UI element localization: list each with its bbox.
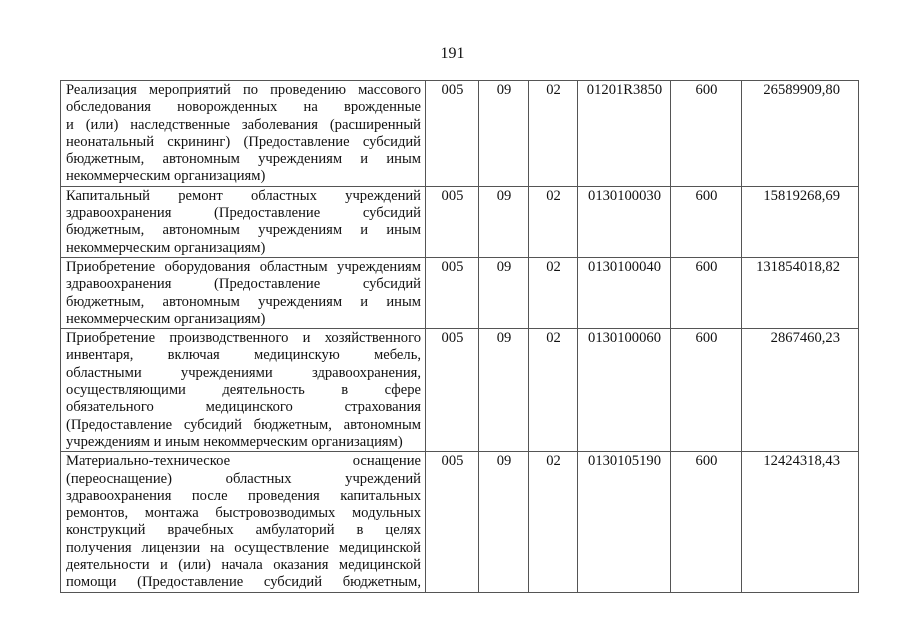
section-code: 09 — [479, 329, 529, 452]
target-article-code: 0130100030 — [578, 186, 671, 257]
description-line: обследования новорожденных на врожденные — [66, 99, 421, 116]
description-text: Материально-техническое оснащение(переос… — [66, 453, 421, 591]
amount: 15819268,69 — [742, 186, 859, 257]
section-code: 09 — [479, 452, 529, 592]
expense-type-code: 600 — [671, 257, 742, 328]
description-line: некоммерческим организациям) — [66, 168, 421, 185]
ministry-code: 005 — [426, 452, 479, 592]
description-line: Материально-техническое оснащение — [66, 453, 421, 470]
ministry-code: 005 — [426, 186, 479, 257]
target-article-code: 0130100040 — [578, 257, 671, 328]
target-article-code: 01201R3850 — [578, 81, 671, 187]
target-article-code: 0130105190 — [578, 452, 671, 592]
subsection-code: 02 — [529, 257, 578, 328]
description-line: некоммерческим организациям) — [66, 311, 421, 328]
subsection-code: 02 — [529, 186, 578, 257]
description-line: учреждениям и иным некоммерческим органи… — [66, 434, 421, 451]
section-code: 09 — [479, 257, 529, 328]
description-line: Капитальный ремонт областных учреждений — [66, 188, 421, 205]
section-code: 09 — [479, 186, 529, 257]
amount: 26589909,80 — [742, 81, 859, 187]
ministry-code: 005 — [426, 257, 479, 328]
amount: 131854018,82 — [742, 257, 859, 328]
description-line: и (или) наследственные заболевания (расш… — [66, 117, 421, 134]
table-row: Капитальный ремонт областных учрежденийз… — [61, 186, 859, 257]
budget-table-body: Реализация мероприятий по проведению мас… — [61, 81, 859, 593]
description-line: инвентаря, включая медицинскую мебель, — [66, 347, 421, 364]
expense-type-code: 600 — [671, 452, 742, 592]
description-text: Приобретение оборудования областным учре… — [66, 259, 421, 328]
section-code: 09 — [479, 81, 529, 187]
table-row: Материально-техническое оснащение(переос… — [61, 452, 859, 592]
description-line: здравоохранения после проведения капитал… — [66, 488, 421, 505]
description-line: Реализация мероприятий по проведению мас… — [66, 82, 421, 99]
expense-description: Материально-техническое оснащение(переос… — [61, 452, 426, 592]
expense-description: Приобретение оборудования областным учре… — [61, 257, 426, 328]
table-row: Приобретение оборудования областным учре… — [61, 257, 859, 328]
description-line: бюджетным, автономным учреждениям и иным — [66, 151, 421, 168]
expense-description: Капитальный ремонт областных учрежденийз… — [61, 186, 426, 257]
description-line: осуществляющими деятельность в сфере — [66, 382, 421, 399]
expense-description: Приобретение производственного и хозяйст… — [61, 329, 426, 452]
description-line: некоммерческим организациям) — [66, 240, 421, 257]
expense-type-code: 600 — [671, 186, 742, 257]
ministry-code: 005 — [426, 329, 479, 452]
expense-type-code: 600 — [671, 81, 742, 187]
description-line: бюджетным, автономным учреждениям и иным — [66, 222, 421, 239]
description-text: Приобретение производственного и хозяйст… — [66, 330, 421, 451]
amount: 12424318,43 — [742, 452, 859, 592]
description-line: областными учреждениями здравоохранения, — [66, 365, 421, 382]
description-text: Капитальный ремонт областных учрежденийз… — [66, 188, 421, 257]
ministry-code: 005 — [426, 81, 479, 187]
description-line: Приобретение оборудования областным учре… — [66, 259, 421, 276]
description-line: получения лицензии на осуществление меди… — [66, 540, 421, 557]
table-row: Реализация мероприятий по проведению мас… — [61, 81, 859, 187]
description-line: обязательного медицинского страхования — [66, 399, 421, 416]
target-article-code: 0130100060 — [578, 329, 671, 452]
subsection-code: 02 — [529, 452, 578, 592]
description-line: неонатальный скрининг) (Предоставление с… — [66, 134, 421, 151]
amount: 2867460,23 — [742, 329, 859, 452]
description-line: здравоохранения (Предоставление субсидий — [66, 205, 421, 222]
subsection-code: 02 — [529, 329, 578, 452]
expense-description: Реализация мероприятий по проведению мас… — [61, 81, 426, 187]
table-row: Приобретение производственного и хозяйст… — [61, 329, 859, 452]
description-line: конструкций врачебных амбулаторий в целя… — [66, 522, 421, 539]
description-line: (переоснащение) областных учреждений — [66, 471, 421, 488]
description-text: Реализация мероприятий по проведению мас… — [66, 82, 421, 186]
description-line: помощи (Предоставление субсидий бюджетны… — [66, 574, 421, 591]
description-line: (Предоставление субсидий бюджетным, авто… — [66, 417, 421, 434]
budget-table: Реализация мероприятий по проведению мас… — [60, 80, 859, 593]
description-line: бюджетным, автономным учреждениям и иным — [66, 294, 421, 311]
expense-type-code: 600 — [671, 329, 742, 452]
description-line: здравоохранения (Предоставление субсидий — [66, 276, 421, 293]
subsection-code: 02 — [529, 81, 578, 187]
description-line: ремонтов, монтажа быстровозводимых модул… — [66, 505, 421, 522]
description-line: деятельности и (или) начала оказания мед… — [66, 557, 421, 574]
description-line: Приобретение производственного и хозяйст… — [66, 330, 421, 347]
page-number: 191 — [0, 44, 905, 64]
